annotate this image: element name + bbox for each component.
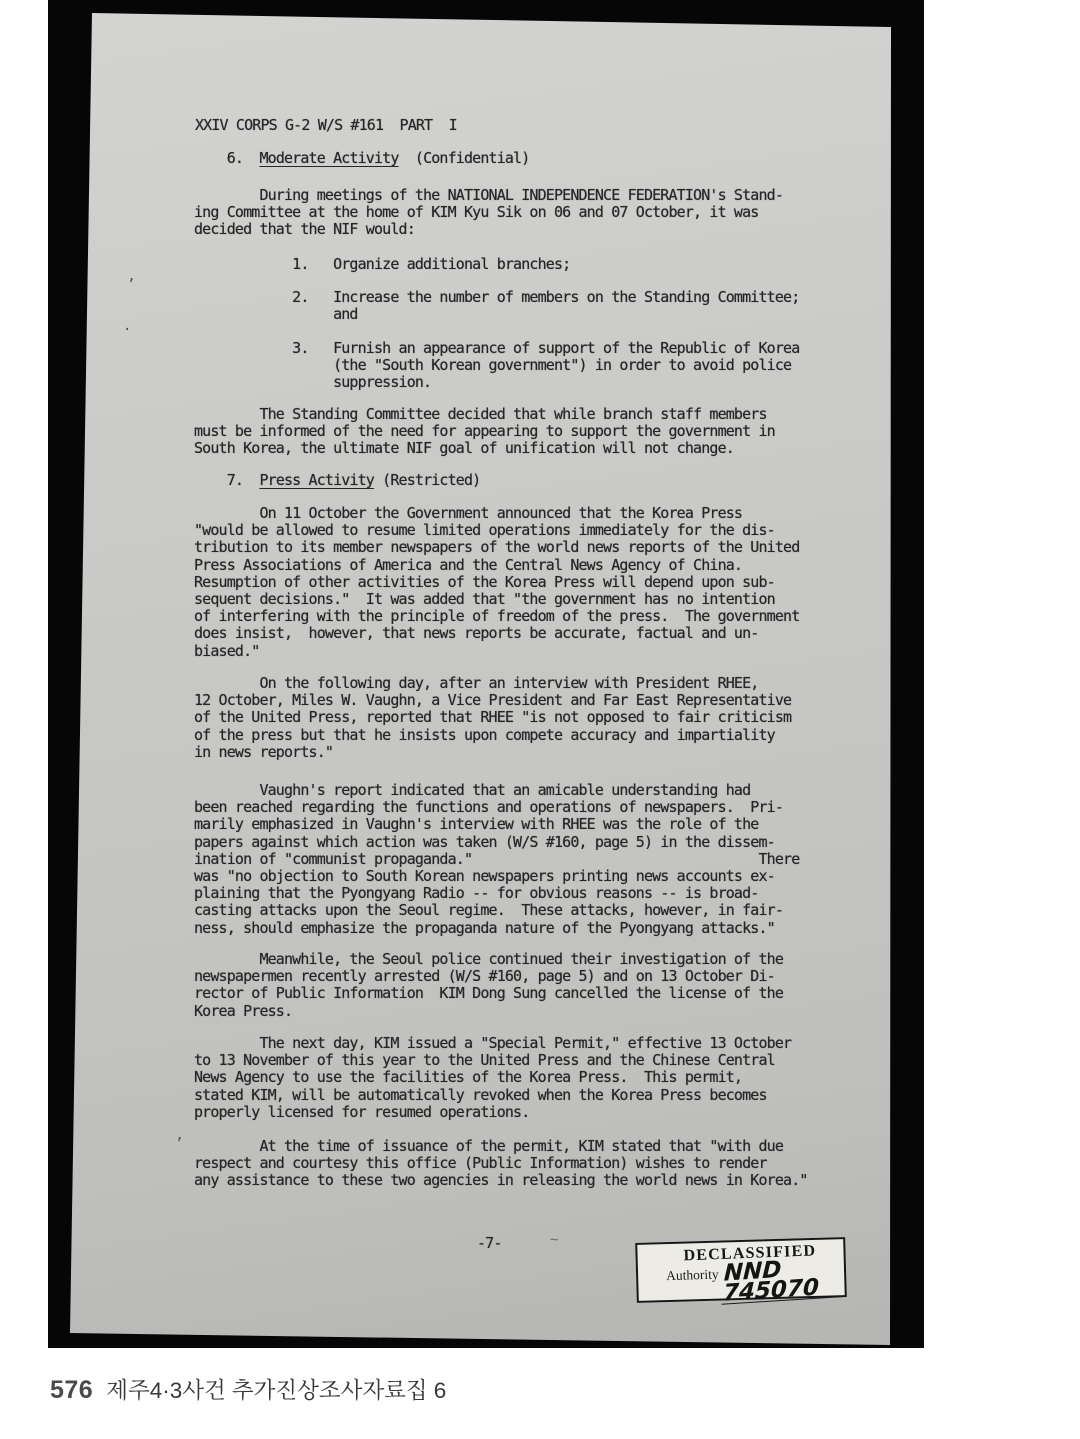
stray-mark: ` <box>732 191 740 207</box>
stray-mark: . <box>123 318 131 334</box>
paragraph-vaughn-report: Vaughn's report indicated that an amicab… <box>194 782 799 937</box>
paragraph-special-permit: The next day, KIM issued a "Special Perm… <box>194 1035 791 1121</box>
book-page-number: 576 <box>50 1376 93 1405</box>
paragraph-rhee-interview: On the following day, after an interview… <box>194 675 791 761</box>
declassified-stamp-authority-number: NND 745070 <box>721 1256 845 1305</box>
paragraph-standing-committee: The Standing Committee decided that whil… <box>194 406 775 458</box>
document-header: XXIV CORPS G-2 W/S #161 PART I <box>195 117 457 134</box>
paragraph-seoul-police: Meanwhile, the Seoul police continued th… <box>194 951 783 1020</box>
section-6-heading: 6. Moderate Activity (Confidential) <box>194 150 529 167</box>
page: XXIV CORPS G-2 W/S #161 PART I 6. Modera… <box>0 0 1080 1439</box>
section-6-classification: (Confidential) <box>399 149 530 167</box>
section-7-number: 7. <box>194 471 259 489</box>
book-footer: 576 제주4·3사건 추가진상조사자료집 6 <box>50 1373 446 1405</box>
section-7-classification: (Restricted) <box>374 471 480 489</box>
stray-mark: ~ <box>550 1232 558 1248</box>
list-item-2: 2. Increase the number of members on the… <box>194 289 799 323</box>
section-6-title: Moderate Activity <box>259 149 398 167</box>
declassified-stamp: DECLASSIFIED Authority NND 745070 <box>635 1237 847 1303</box>
book-title: 제주4·3사건 추가진상조사자료집 6 <box>106 1373 446 1405</box>
stray-mark: ’ <box>175 1136 183 1152</box>
list-item-1: 1. Organize additional branches; <box>194 256 570 273</box>
section-6-number: 6. <box>194 149 259 167</box>
declassified-stamp-authority-label: Authority <box>666 1267 719 1284</box>
paragraph-nif-meetings: During meetings of the NATIONAL INDEPEND… <box>194 187 783 239</box>
section-7-title: Press Activity <box>259 471 374 489</box>
page-number: -7- <box>477 1235 502 1252</box>
paragraph-issuance: At the time of issuance of the permit, K… <box>194 1138 808 1190</box>
list-item-3: 3. Furnish an appearance of support of t… <box>194 340 799 392</box>
paragraph-korea-press: On 11 October the Government announced t… <box>194 505 799 660</box>
section-7-heading: 7. Press Activity (Restricted) <box>194 472 480 489</box>
stray-mark: ’ <box>127 277 135 293</box>
